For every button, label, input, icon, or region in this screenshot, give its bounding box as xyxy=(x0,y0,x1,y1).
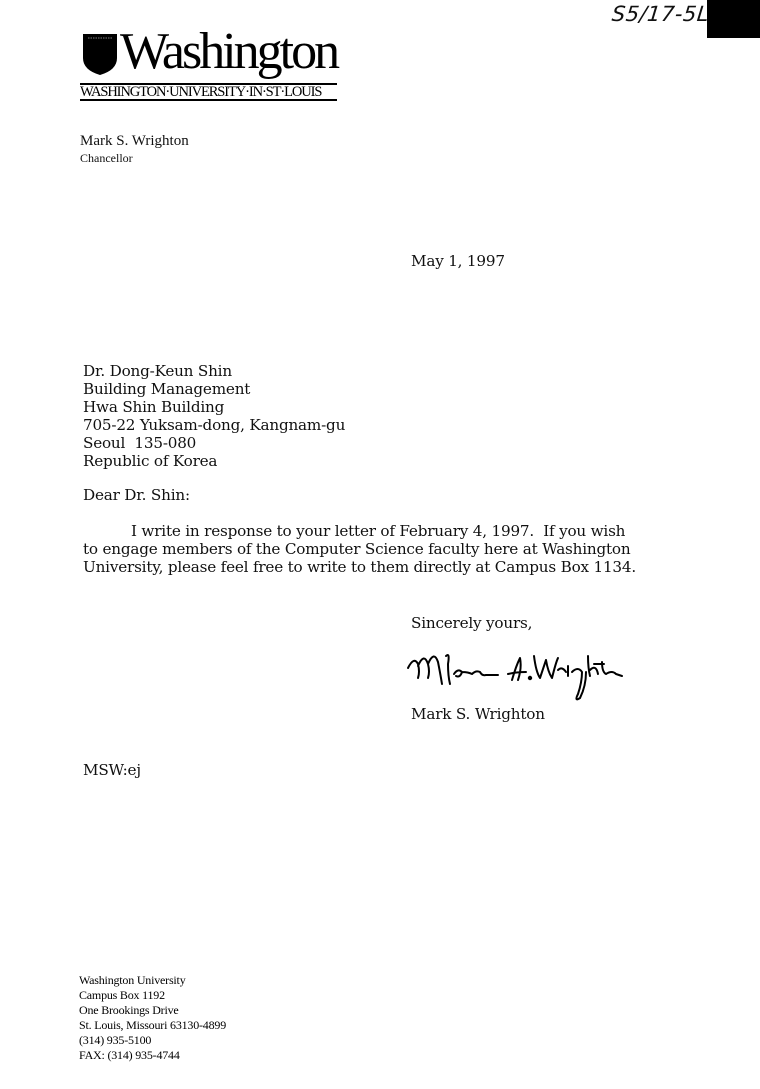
handwritten-signature-icon xyxy=(402,642,624,704)
sender-title: Chancellor xyxy=(80,151,133,166)
body-line: I write in response to your letter of Fe… xyxy=(83,522,643,540)
signer-name: Mark S. Wrighton xyxy=(411,705,545,723)
letterhead-underline xyxy=(80,99,337,101)
recipient-line: Building Management xyxy=(83,380,345,398)
letterhead-logo: Washington WASHINGTON·UNIVERSITY·IN·ST·L… xyxy=(80,26,350,102)
body-line: to engage members of the Computer Scienc… xyxy=(83,540,643,558)
redaction-block xyxy=(707,0,760,38)
sender-name: Mark S. Wrighton xyxy=(80,133,189,150)
recipient-line: Seoul 135-080 xyxy=(83,434,345,452)
body-line: University, please feel free to write to… xyxy=(83,558,643,576)
letter-date: May 1, 1997 xyxy=(411,252,505,270)
footer-line: One Brookings Drive xyxy=(79,1003,226,1018)
footer-line: St. Louis, Missouri 63130-4899 xyxy=(79,1018,226,1033)
recipient-line: Dr. Dong-Keun Shin xyxy=(83,362,345,380)
typist-initials: MSW:ej xyxy=(83,761,141,779)
handwritten-reference: S5/17-5L xyxy=(611,2,711,26)
letter-body: I write in response to your letter of Fe… xyxy=(83,522,643,576)
salutation: Dear Dr. Shin: xyxy=(83,486,190,504)
letterhead-institution-line: WASHINGTON·UNIVERSITY·IN·ST·LOUIS xyxy=(80,84,321,100)
recipient-address: Dr. Dong-Keun Shin Building Management H… xyxy=(83,362,345,470)
recipient-line: Republic of Korea xyxy=(83,452,345,470)
footer-line: Campus Box 1192 xyxy=(79,988,226,1003)
letterhead-wordmark: Washington xyxy=(120,24,337,80)
footer-line: FAX: (314) 935-4744 xyxy=(79,1048,226,1063)
recipient-line: 705-22 Yuksam-dong, Kangnam-gu xyxy=(83,416,345,434)
footer-line: Washington University xyxy=(79,973,226,988)
closing: Sincerely yours, xyxy=(411,614,532,632)
footer-line: (314) 935-5100 xyxy=(79,1033,226,1048)
footer-address: Washington University Campus Box 1192 On… xyxy=(79,973,226,1063)
recipient-line: Hwa Shin Building xyxy=(83,398,345,416)
university-shield-icon xyxy=(82,32,118,76)
